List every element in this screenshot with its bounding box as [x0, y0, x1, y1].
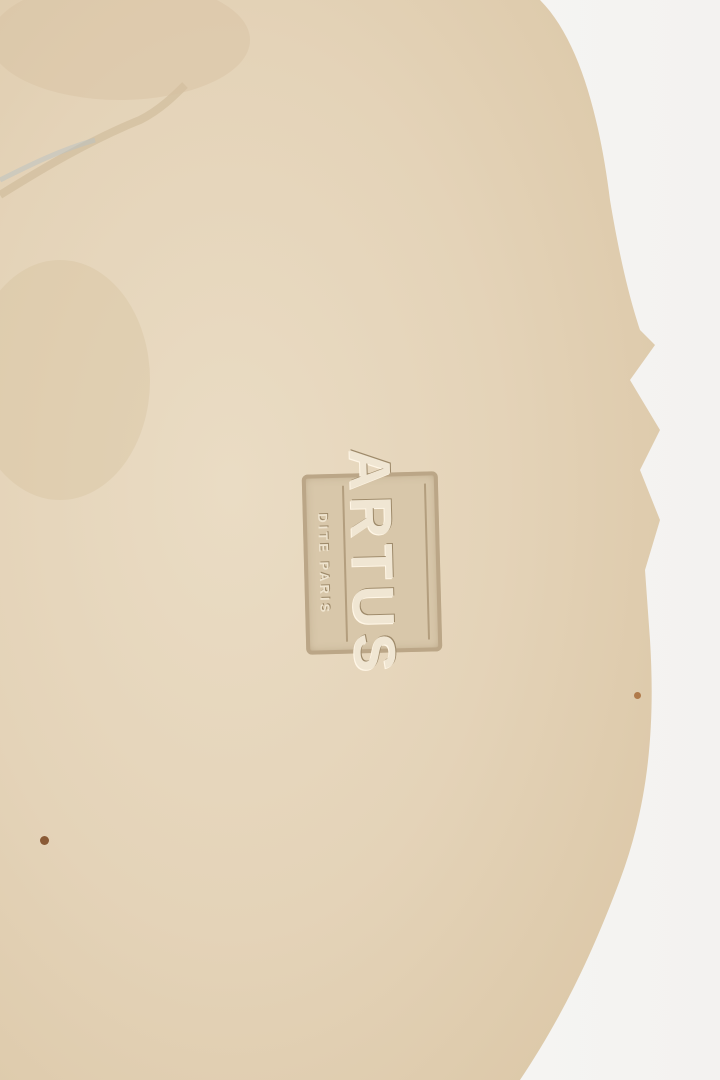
- rust-speck: [40, 836, 49, 845]
- stamp-side-label: DITE PARIS: [315, 513, 333, 615]
- stamp-main-text: ARTUS: [336, 447, 409, 678]
- rust-speck: [634, 692, 641, 699]
- stamp-side-text: DITE PARIS: [310, 564, 338, 565]
- maker-stamp: DITE PARIS ARTUS: [302, 471, 443, 654]
